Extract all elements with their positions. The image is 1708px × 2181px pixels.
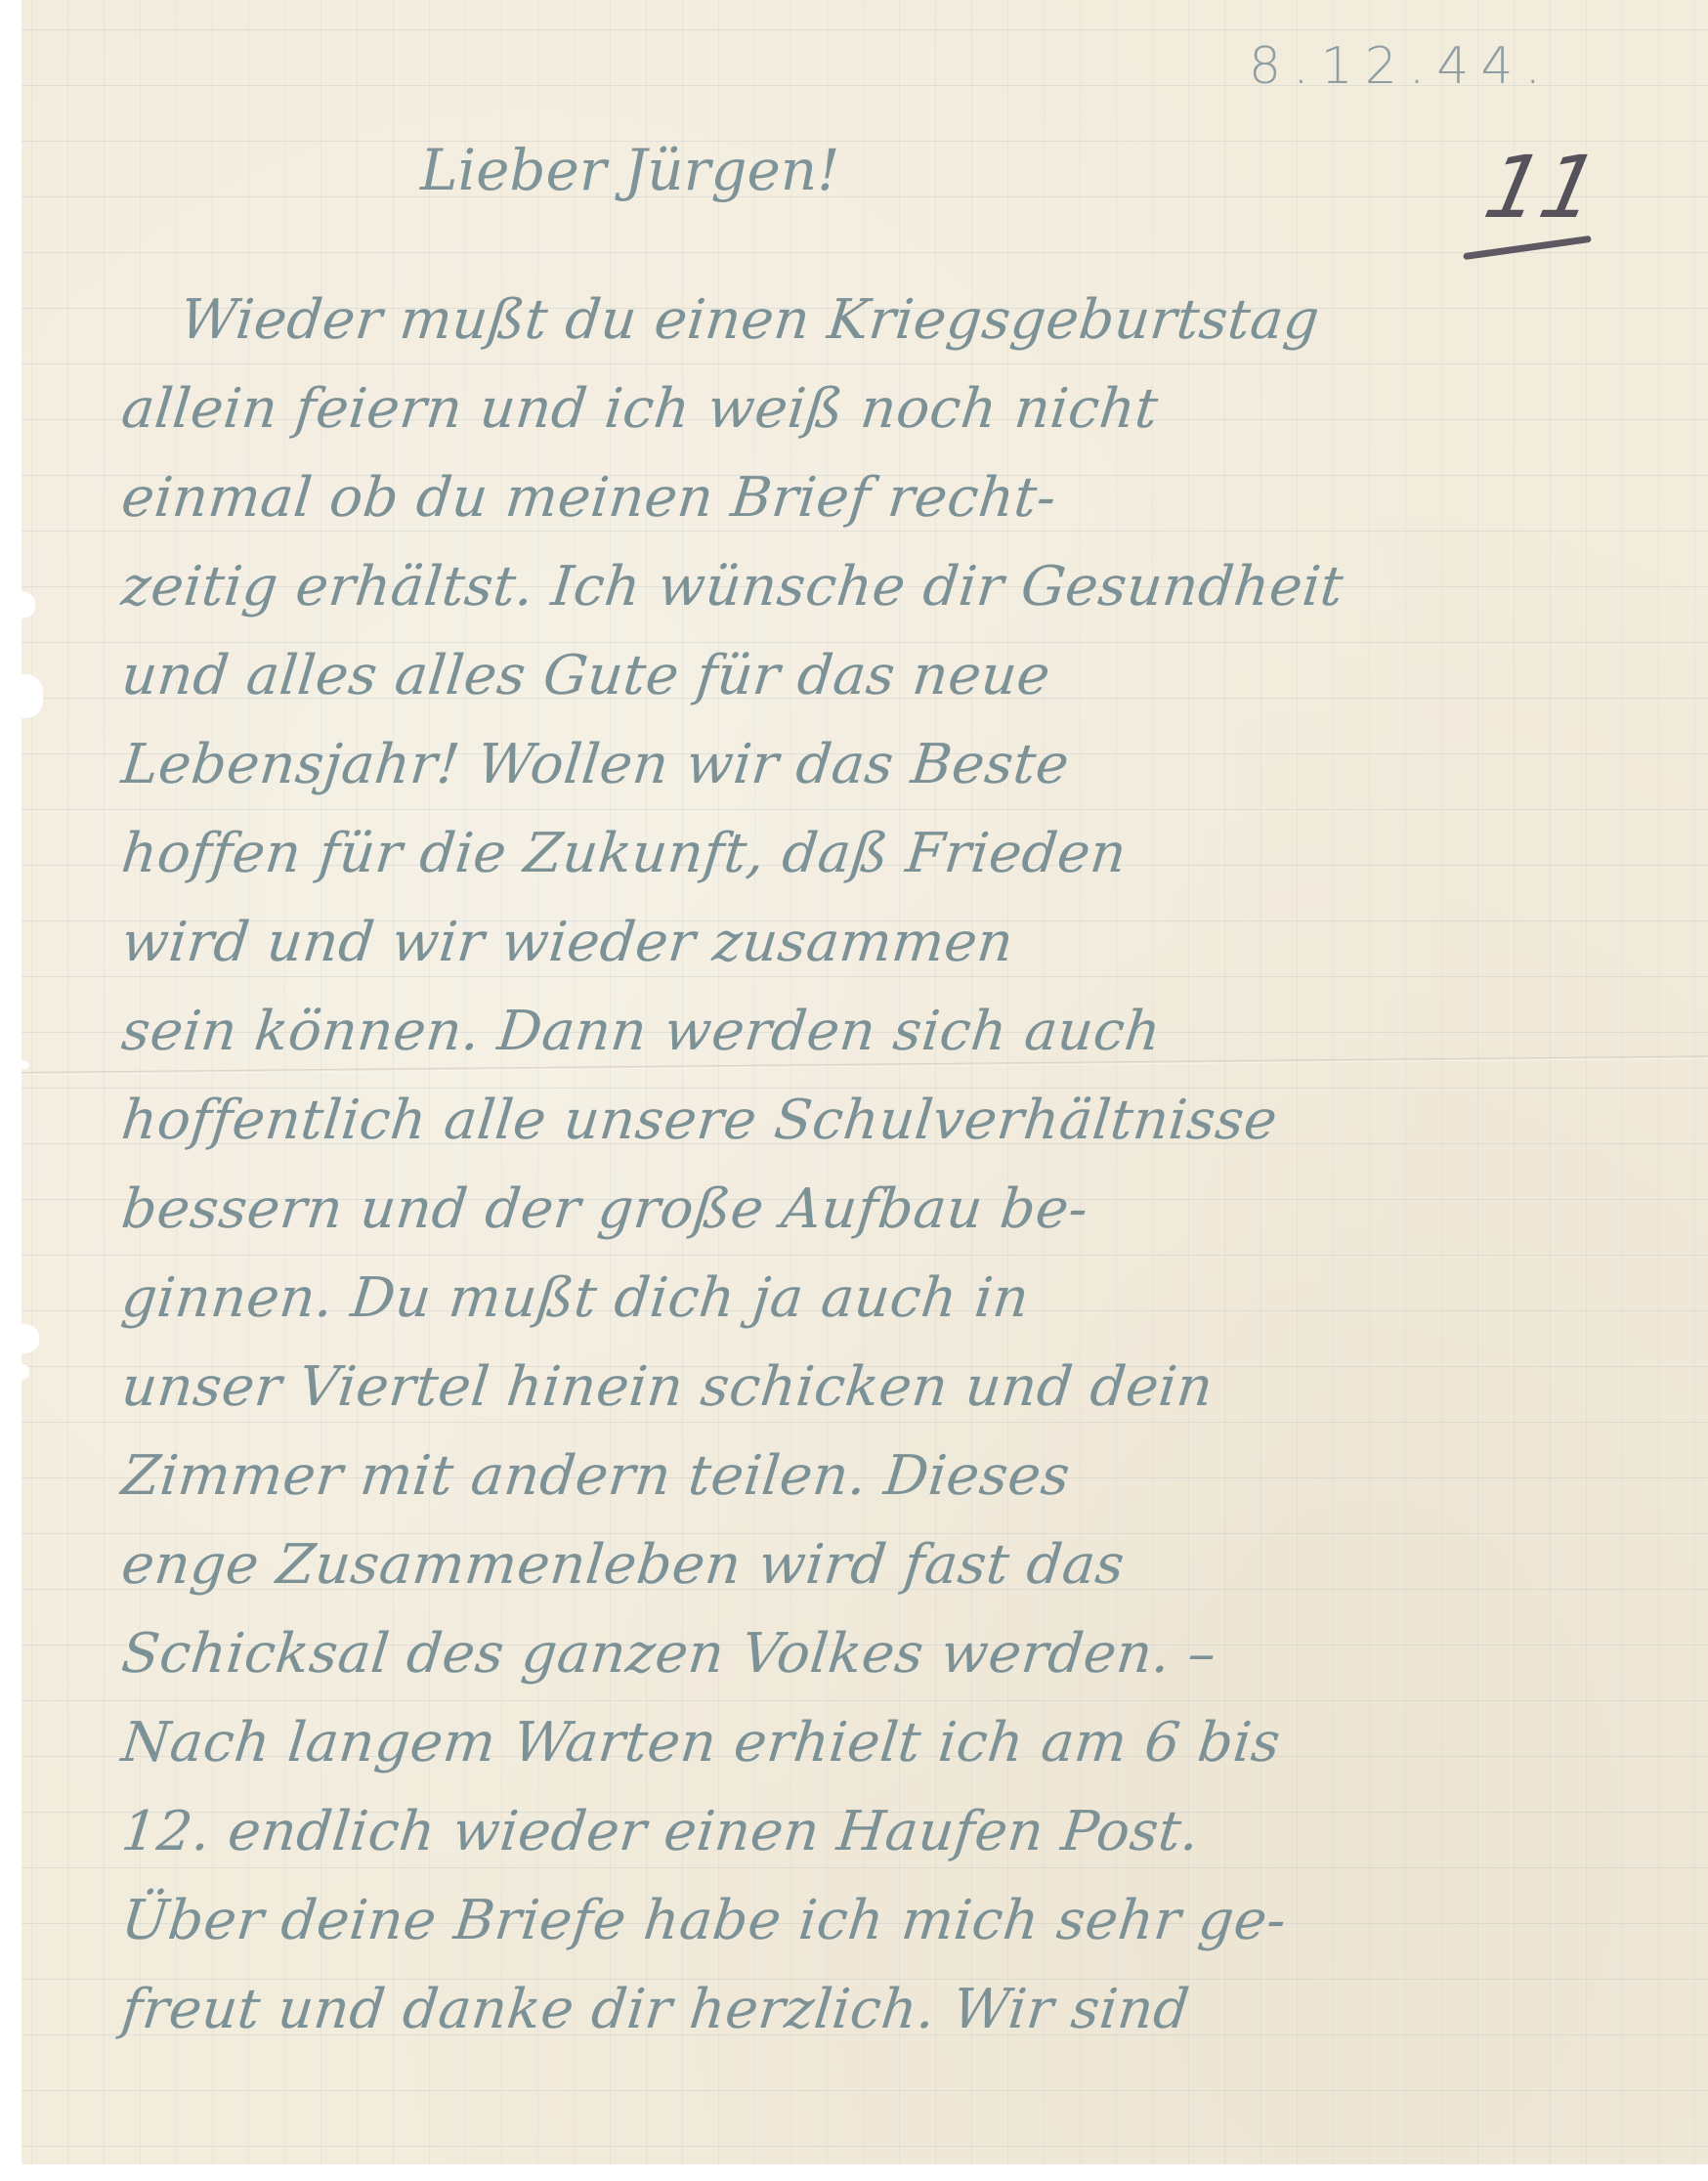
letter-line: Zimmer mit andern teilen. Dieses: [117, 1432, 1622, 1520]
letter-line: Wieder mußt du einen Kriegsgeburtstag: [147, 276, 1622, 364]
letter-date: 8.12.44.: [1249, 37, 1553, 96]
letter-line: freut und danke dir herzlich. Wir sind: [117, 1965, 1622, 2054]
letter-line: zeitig erhältst. Ich wünsche dir Gesundh…: [117, 542, 1622, 631]
torn-edge: [0, 1363, 29, 1381]
letter-line: unser Viertel hinein schicken und dein: [117, 1343, 1622, 1432]
salutation: Lieber Jürgen!: [420, 137, 839, 203]
page-number: 11: [1473, 137, 1611, 237]
letter-line: allein feiern und ich weiß noch nicht: [117, 364, 1622, 453]
letter-line: hoffen für die Zukunft, daß Frieden: [117, 809, 1622, 898]
torn-edge: [0, 674, 43, 718]
letter-line: wird und wir wieder zusammen: [117, 898, 1622, 987]
letter-line: 12. endlich wieder einen Haufen Post.: [117, 1787, 1622, 1876]
letter-line: ginnen. Du mußt dich ja auch in: [117, 1254, 1622, 1343]
torn-edge: [0, 1060, 29, 1070]
letter-line: Lebensjahr! Wollen wir das Beste: [117, 720, 1622, 809]
letter-line: Nach langem Warten erhielt ich am 6 bis: [117, 1698, 1622, 1787]
letter-line: bessern und der große Aufbau be-: [117, 1165, 1622, 1254]
torn-edge: [0, 591, 35, 619]
letter-line: Schicksal des ganzen Volkes werden. –: [117, 1609, 1622, 1698]
letter-line: Über deine Briefe habe ich mich sehr ge-: [117, 1876, 1622, 1965]
letter-line: und alles alles Gute für das neue: [117, 631, 1622, 720]
letter-body: Wieder mußt du einen Kriegsgeburtstag al…: [147, 276, 1612, 2054]
letter-line: sein können. Dann werden sich auch: [117, 987, 1622, 1076]
torn-edge: [0, 1324, 39, 1353]
letter-line: einmal ob du meinen Brief recht-: [117, 453, 1622, 542]
letter-line: enge Zusammenleben wird fast das: [117, 1520, 1622, 1609]
letter-line: hoffentlich alle unsere Schulverhältniss…: [117, 1076, 1622, 1165]
